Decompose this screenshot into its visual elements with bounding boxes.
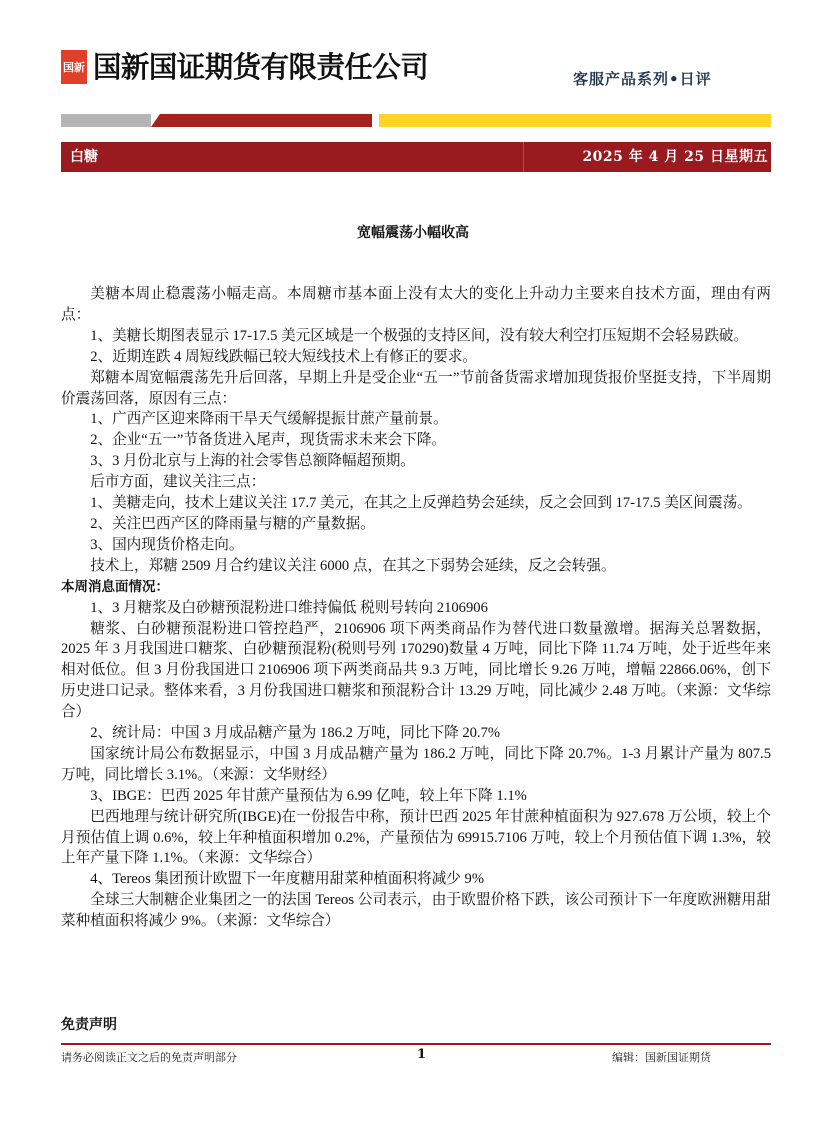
footer-divider (61, 1043, 771, 1045)
news-headline: 4、Tereos 集团预计欧盟下一年度糖用甜菜种植面积将减少 9% (61, 869, 771, 890)
news-section-heading: 本周消息面情况： (61, 577, 771, 598)
news-paragraph: 糖浆、白砂糖预混粉进口管控趋严，2106906 项下两类商品作为替代进口数量激增… (61, 619, 771, 724)
footer-editor: 编辑：国新国证期货 (612, 1049, 711, 1065)
disclaimer-heading: 免责声明 (61, 1014, 117, 1034)
series-title: 客服产品系列•日评 (573, 68, 712, 89)
page-number: 1 (417, 1047, 426, 1062)
news-paragraph: 巴西地理与统计研究所(IBGE)在一份报告中称，预计巴西 2025 年甘蔗种植面… (61, 807, 771, 870)
report-date: 2025 年 4 月 25 日星期五 (582, 146, 768, 168)
divider-bar-red (151, 114, 372, 127)
news-headline: 2、统计局：中国 3 月成品糖产量为 186.2 万吨，同比下降 20.7% (61, 723, 771, 744)
paragraph: 2、企业“五一”节备货进入尾声，现货需求未来会下降。 (61, 430, 771, 451)
paragraph: 2、近期连跌 4 周短线跌幅已较大短线技术上有修正的要求。 (61, 347, 771, 368)
divider-bar-grey (61, 114, 151, 127)
paragraph: 3、国内现货价格走向。 (61, 535, 771, 556)
logo-glyph: 国新 (63, 62, 85, 73)
report-title: 宽幅震荡小幅收高 (0, 222, 826, 242)
paragraph: 2、关注巴西产区的降雨量与糖的产量数据。 (61, 514, 771, 535)
paragraph: 郑糖本周宽幅震荡先升后回落，早期上升是受企业“五一”节前备货需求增加现货报价坚挺… (61, 368, 771, 410)
company-logo: 国新 (61, 50, 87, 84)
company-name: 国新国证期货有限责任公司 (93, 48, 428, 86)
divider-bar-yellow (379, 114, 771, 127)
report-body: 美糖本周止稳震荡小幅走高。本周糖市基本面上没有太大的变化上升动力主要来自技术方面… (61, 284, 771, 932)
commodity-label: 白糖 (70, 146, 98, 168)
paragraph: 技术上，郑糖 2509 月合约建议关注 6000 点，在其之下弱势会延续，反之会… (61, 556, 771, 577)
paragraph: 后市方面，建议关注三点： (61, 472, 771, 493)
banner-separator (523, 142, 524, 172)
paragraph: 美糖本周止稳震荡小幅走高。本周糖市基本面上没有太大的变化上升动力主要来自技术方面… (61, 284, 771, 326)
news-paragraph: 国家统计局公布数据显示，中国 3 月成品糖产量为 186.2 万吨，同比下降 2… (61, 744, 771, 786)
paragraph: 1、美糖长期图表显示 17-17.5 美元区域是一个极强的支持区间，没有较大利空… (61, 326, 771, 347)
news-headline: 1、3 月糖浆及白砂糖预混粉进口维持偏低 税则号转向 2106906 (61, 598, 771, 619)
news-paragraph: 全球三大制糖企业集团之一的法国 Tereos 公司表示，由于欧盟价格下跌，该公司… (61, 890, 771, 932)
paragraph: 3、3 月份北京与上海的社会零售总额降幅超预期。 (61, 451, 771, 472)
paragraph: 1、美糖走向，技术上建议关注 17.7 美元，在其之上反弹趋势会延续，反之会回到… (61, 493, 771, 514)
news-headline: 3、IBGE：巴西 2025 年甘蔗产量预估为 6.99 亿吨，较上年下降 1.… (61, 786, 771, 807)
footer-disclaimer-note: 请务必阅读正文之后的免责声明部分 (61, 1049, 237, 1065)
paragraph: 1、广西产区迎来降雨干旱天气缓解提振甘蔗产量前景。 (61, 409, 771, 430)
